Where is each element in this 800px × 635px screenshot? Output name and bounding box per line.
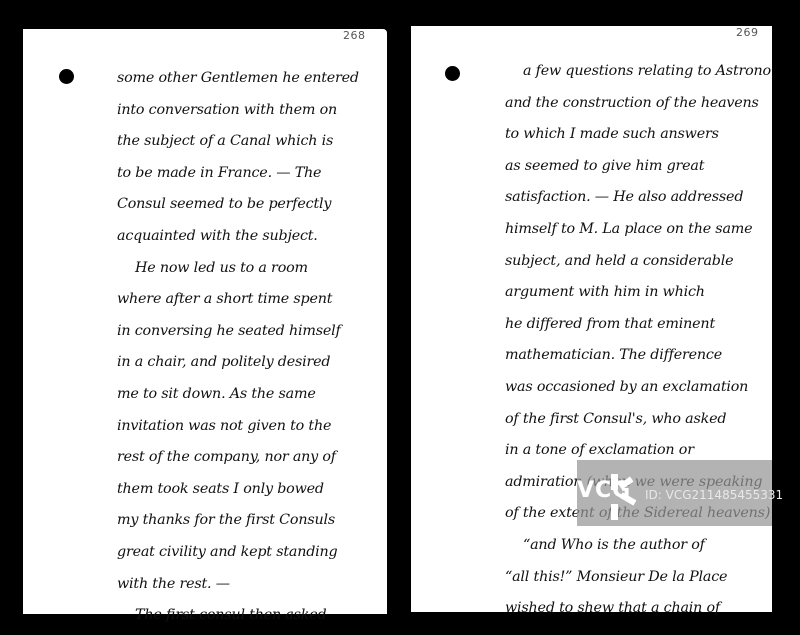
text-line: subject, and held a considerable bbox=[505, 246, 771, 278]
text-line: was occasioned by an exclamation bbox=[505, 372, 771, 404]
text-line: the subject of a Canal which is bbox=[117, 126, 385, 158]
text-line: acquainted with the subject. bbox=[117, 221, 385, 253]
text-line: invitation was not given to the bbox=[117, 411, 385, 443]
text-line: satisfaction. — He also addressed bbox=[505, 182, 771, 214]
text-line: mathematician. The difference bbox=[505, 340, 771, 372]
text-line: where after a short time spent bbox=[117, 284, 385, 316]
text-line: Consul seemed to be perfectly bbox=[117, 189, 385, 221]
text-line: me to sit down. As the same bbox=[117, 379, 385, 411]
page-number: 269 bbox=[736, 26, 759, 39]
punch-hole bbox=[59, 69, 74, 84]
text-line: my thanks for the first Consuls bbox=[117, 505, 385, 537]
text-line: into conversation with them on bbox=[117, 95, 385, 127]
text-line: a few questions relating to Astronomy bbox=[505, 56, 771, 88]
text-line: in a chair, and politely desired bbox=[117, 347, 385, 379]
text-line: “and Who is the author of bbox=[505, 530, 771, 562]
watermark-id: ID: VCG211485455331 bbox=[645, 488, 783, 502]
text-line: them took seats I only bowed bbox=[117, 474, 385, 506]
handwritten-text: a few questions relating to Astronomy an… bbox=[505, 56, 771, 625]
text-line: and the construction of the heavens bbox=[505, 88, 771, 120]
text-line: rest of the company, nor any of bbox=[117, 442, 385, 474]
text-line: he differed from that eminent bbox=[505, 309, 771, 341]
watermark: VCG ID: VCG211485455331 bbox=[577, 460, 772, 526]
text-line: himself to M. La place on the same bbox=[505, 214, 771, 246]
watermark-brand: VCG bbox=[577, 478, 631, 503]
text-line: as seemed to give him great bbox=[505, 151, 771, 183]
text-line: The first consul then asked bbox=[117, 600, 385, 632]
text-line: He now led us to a room bbox=[117, 253, 385, 285]
handwritten-text: some other Gentlemen he entered into con… bbox=[117, 63, 385, 632]
text-line: to which I made such answers bbox=[505, 119, 771, 151]
text-line: of the first Consul's, who asked bbox=[505, 404, 771, 436]
text-line: to be made in France. — The bbox=[117, 158, 385, 190]
page-number: 268 bbox=[343, 29, 366, 42]
text-line: in conversing he seated himself bbox=[117, 316, 385, 348]
text-line: great civility and kept standing bbox=[117, 537, 385, 569]
text-line: some other Gentlemen he entered bbox=[117, 63, 385, 95]
text-line: with the rest. — bbox=[117, 569, 385, 601]
punch-hole bbox=[445, 66, 460, 81]
text-line: wished to shew that a chain of bbox=[505, 593, 771, 625]
text-line: “all this!” Monsieur De la Place bbox=[505, 562, 771, 594]
text-line: argument with him in which bbox=[505, 277, 771, 309]
manuscript-page-left: 268 some other Gentlemen he entered into… bbox=[23, 29, 387, 614]
